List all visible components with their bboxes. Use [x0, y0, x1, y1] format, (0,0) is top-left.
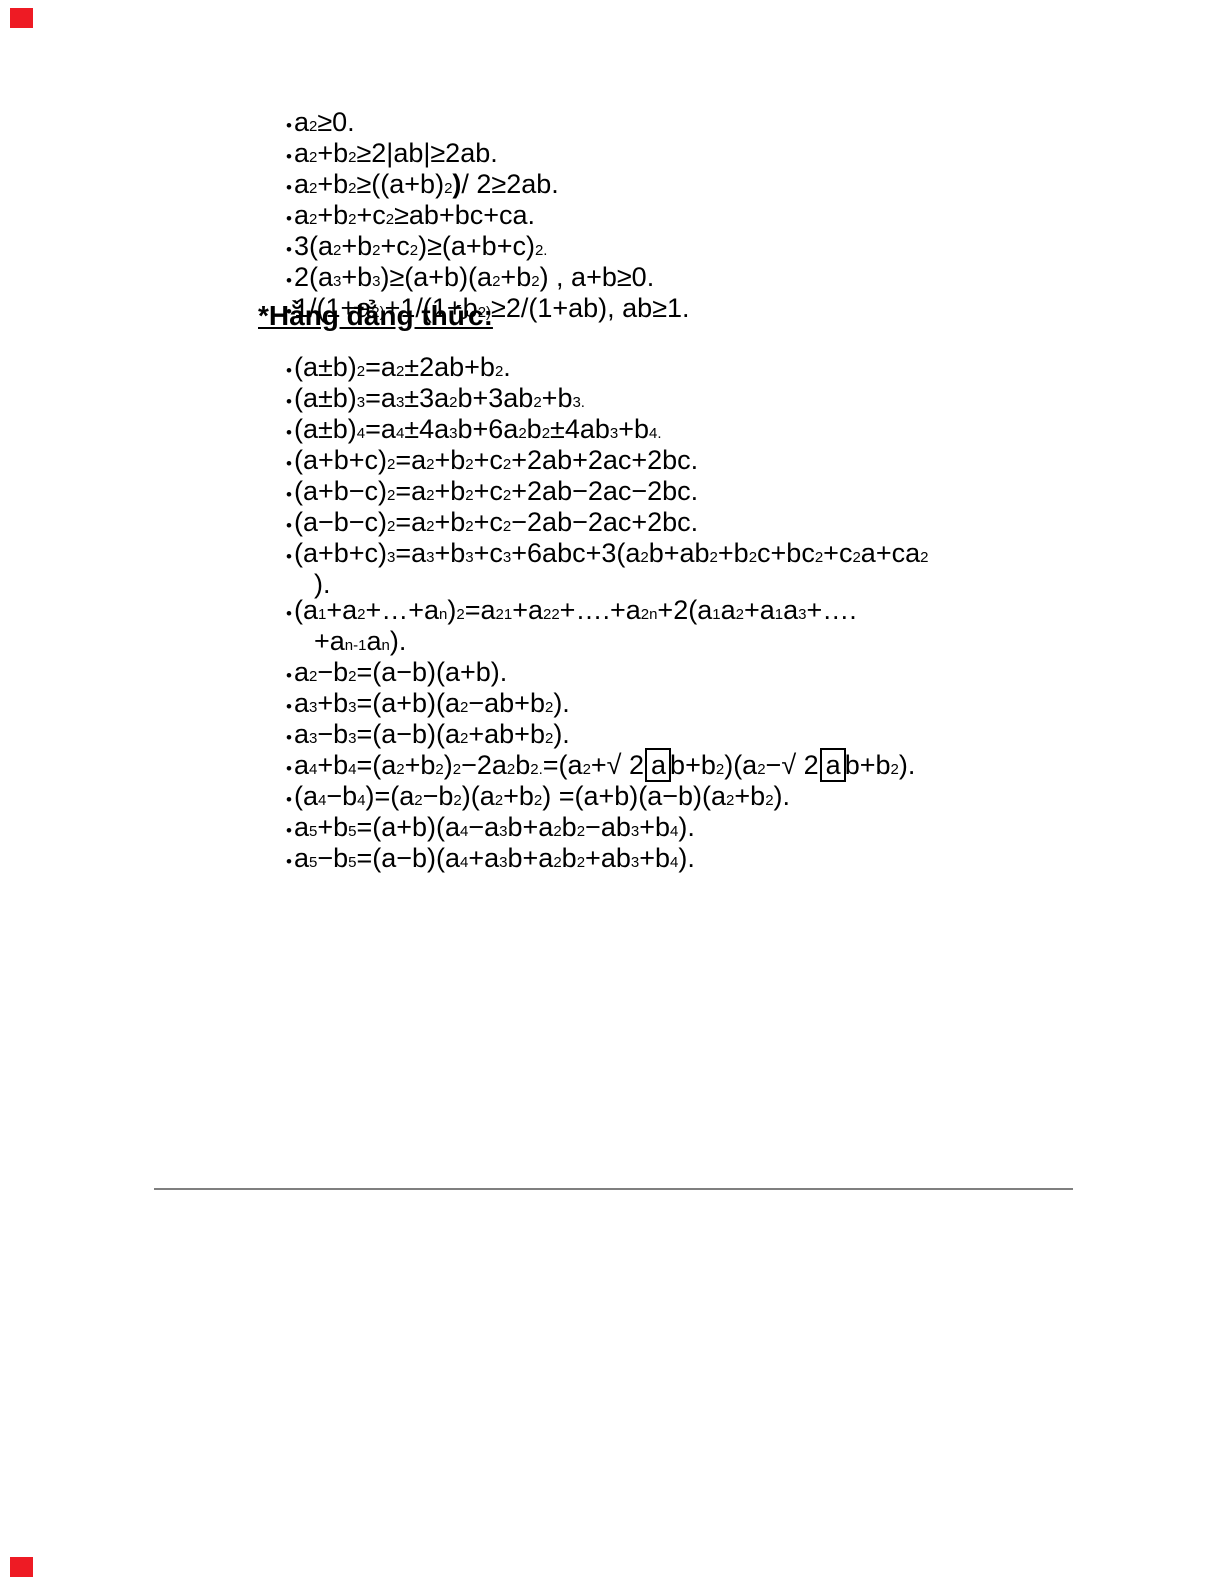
subscript-run: 2 — [426, 518, 434, 535]
formula-run: −b — [326, 781, 357, 811]
formula-run: +b — [405, 750, 436, 780]
subscript-run: 1 — [712, 606, 720, 623]
formula-run: +b — [639, 812, 670, 842]
formula-run: −2a — [461, 750, 507, 780]
subscript-run: 3 — [426, 549, 434, 566]
formula-run: )≥(a+b)(a — [380, 262, 492, 292]
bullet-icon: • — [286, 144, 292, 170]
formula-run: b — [527, 414, 542, 444]
formula-run: =a — [365, 352, 396, 382]
formula-run: −a — [468, 812, 499, 842]
formula-run: =a — [395, 445, 426, 475]
formula-line: •(a4−b4)=(a2−b2)(a2+b2) =(a+b)(a−b)(a2+b… — [286, 783, 928, 814]
formula-line: •a4+b4=(a2+b2)2−2a2b2.=(a2+√ 2ab+b2)(a2−… — [286, 752, 928, 783]
formula-run: =(a−b)(a+b). — [356, 657, 507, 687]
formula-run: )(a — [724, 750, 757, 780]
formula-run: +b — [435, 507, 466, 537]
identities-list: •(a±b)2=a2±2ab+b2.•(a±b)3=a3±3a2b+3ab2+b… — [286, 354, 928, 876]
subscript-run: 2 — [503, 456, 511, 473]
subscript-run: 2 — [410, 242, 418, 259]
formula-run: (a±b) — [294, 414, 357, 444]
formula-run: +a — [468, 843, 499, 873]
bullet-icon: • — [286, 113, 292, 139]
formula-run: b+ab — [649, 538, 710, 568]
formula-run: ±2ab+b — [404, 352, 495, 382]
formula-run: +c — [474, 538, 503, 568]
subscript-run: 2 — [542, 425, 550, 442]
formula-run: +b — [317, 688, 348, 718]
subscript-run: 2 — [531, 273, 539, 290]
subscript-run: 2 — [503, 518, 511, 535]
subscript-run: 2 — [357, 363, 365, 380]
section-heading: *Hằng đẳng thức: — [258, 299, 493, 333]
subscript-run: 2 — [465, 518, 473, 535]
subscript-run: 21 — [496, 606, 513, 623]
bullet-icon: • — [286, 389, 292, 415]
formula-line: •(a+b+c)3=a3+b3+c3+6abc+3(a2b+ab2+b2c+bc… — [286, 540, 928, 571]
formula-run: +b — [639, 843, 670, 873]
formula-run: (a+b+c) — [294, 445, 387, 475]
subscript-run: 2 — [503, 487, 511, 504]
subscript-run: 2 — [749, 549, 757, 566]
subscript-run: 2 — [765, 792, 773, 809]
formula-run: ±4ab — [550, 414, 610, 444]
subscript-run: 3 — [503, 549, 511, 566]
formula-run: +ab+b — [468, 719, 545, 749]
formula-line: •a2≥0. — [286, 109, 690, 140]
subscript-run: 2 — [716, 761, 724, 778]
subscript-run: 2 — [426, 456, 434, 473]
formula-run: b+6a — [457, 414, 518, 444]
subscript-run: 2 — [891, 761, 899, 778]
subscript-run: 2 — [534, 792, 542, 809]
subscript-run: 4. — [649, 425, 662, 442]
formula-run: +b — [317, 169, 348, 199]
formula-run: 2(a — [294, 262, 333, 292]
formula-line: •a2+b2≥((a+b)2)/ 2≥2ab. — [286, 171, 690, 202]
subscript-run: 3 — [631, 854, 639, 871]
formula-run: +ab — [585, 843, 631, 873]
formula-run: =(a+b)(a — [356, 812, 460, 842]
subscript-run: n — [382, 637, 390, 654]
formula-run: −√ 2 — [766, 750, 819, 780]
formula-run: a — [294, 750, 309, 780]
subscript-run: 2 — [465, 487, 473, 504]
formula-run: (a+b−c) — [294, 476, 387, 506]
formula-run: +…+a — [365, 595, 439, 625]
bullet-icon: • — [286, 175, 292, 201]
subscript-run: 2 — [518, 425, 526, 442]
subscript-run: 2 — [396, 761, 404, 778]
formula-line: •(a+b−c)2=a2+b2+c2+2ab−2ac−2bc. — [286, 478, 928, 509]
subscript-run: 2 — [435, 761, 443, 778]
formula-run: +a — [314, 626, 345, 656]
formula-run: / 2≥2ab. — [461, 169, 558, 199]
subscript-run: 3 — [631, 823, 639, 840]
formula-line: •a2−b2=(a−b)(a+b). — [286, 659, 928, 690]
formula-run: −b — [423, 781, 454, 811]
formula-run: ≥2|ab|≥2ab. — [356, 138, 497, 168]
formula-run: =(a — [356, 750, 396, 780]
formula-run: +c — [823, 538, 852, 568]
subscript-run: 2 — [583, 761, 591, 778]
formula-run: +c — [380, 231, 409, 261]
subscript-run: 2 — [920, 549, 928, 566]
formula-line: •3(a2+b2+c2)≥(a+b+c)2. — [286, 233, 690, 264]
formula-run: +a — [512, 595, 543, 625]
formula-run: a — [294, 688, 309, 718]
formula-run: )=(a — [365, 781, 414, 811]
formula-run: ) — [444, 750, 453, 780]
subscript-run: 2 — [852, 549, 860, 566]
formula-run: =a — [465, 595, 496, 625]
formula-run: −ab — [585, 812, 631, 842]
formula-run: +b — [317, 200, 348, 230]
subscript-run: 2n — [641, 606, 658, 623]
formula-run: =a — [395, 538, 426, 568]
bullet-icon: • — [286, 787, 292, 813]
formula-run: (a±b) — [294, 383, 357, 413]
bullet-icon: • — [286, 818, 292, 844]
formula-run: −b — [317, 719, 348, 749]
subscript-run: 2 — [533, 394, 541, 411]
formula-run: ) — [447, 595, 456, 625]
formula-line: •(a−b−c)2=a2+b2+c2−2ab−2ac+2bc. — [286, 509, 928, 540]
formula-run: ) =(a+b)(a−b)(a — [542, 781, 726, 811]
bullet-icon: • — [286, 237, 292, 263]
formula-run: b — [515, 750, 530, 780]
subscript-run: n-1 — [345, 637, 367, 654]
formula-line: ). — [286, 571, 928, 597]
formula-run: +…. — [806, 595, 856, 625]
formula-run: =a — [365, 383, 396, 413]
red-corner-mark-bottom — [10, 1557, 33, 1577]
formula-run: +b — [317, 138, 348, 168]
subscript-run: 3 — [357, 394, 365, 411]
subscript-run: 2 — [507, 761, 515, 778]
formula-run: +b — [503, 781, 534, 811]
formula-run: ). — [774, 781, 791, 811]
formula-run: ). — [678, 812, 695, 842]
subscript-run: 2 — [426, 487, 434, 504]
formula-run: a — [783, 595, 798, 625]
bullet-icon: • — [286, 725, 292, 751]
subscript-run: 1 — [775, 606, 783, 623]
bullet-icon: • — [286, 601, 292, 627]
formula-run: +b — [718, 538, 749, 568]
subscript-run: 22 — [543, 606, 560, 623]
formula-run: a — [294, 812, 309, 842]
subscript-run: 2 — [710, 549, 718, 566]
formula-run: +2ab−2ac−2bc. — [511, 476, 698, 506]
formula-run: b+b — [670, 750, 716, 780]
bullet-icon: • — [286, 756, 292, 782]
formula-line: •(a±b)4=a4±4a3b+6a2b2±4ab3+b4. — [286, 416, 928, 447]
formula-run: (a±b) — [294, 352, 357, 382]
formula-run: +a — [326, 595, 357, 625]
subscript-run: 2 — [757, 761, 765, 778]
formula-run: +b — [618, 414, 649, 444]
formula-run: +b — [341, 231, 372, 261]
subscript-run: 3 — [499, 854, 507, 871]
horizontal-divider — [154, 1188, 1073, 1190]
formula-line: •2(a3+b3)≥(a+b)(a2+b2) , a+b≥0. — [286, 264, 690, 295]
subscript-run: 2 — [640, 549, 648, 566]
formula-run: +2ab+2ac+2bc. — [511, 445, 698, 475]
formula-run: ±3a — [404, 383, 449, 413]
formula-run: =(a — [543, 750, 583, 780]
formula-run: ≥0. — [317, 107, 354, 137]
formula-run: (a — [294, 781, 318, 811]
formula-run: ). — [899, 750, 916, 780]
boxed-char: a — [820, 748, 846, 782]
formula-run: b+3ab — [457, 383, 533, 413]
subscript-run: 2 — [736, 606, 744, 623]
formula-line: •a2+b2+c2≥ab+bc+ca. — [286, 202, 690, 233]
formula-run: =(a+b)(a — [356, 688, 460, 718]
formula-run: =(a−b)(a — [356, 843, 460, 873]
formula-run: +b — [317, 750, 348, 780]
formula-run: b — [562, 843, 577, 873]
subscript-run: 3 — [499, 823, 507, 840]
formula-run: b — [562, 812, 577, 842]
formula-run: ) , a+b≥0. — [540, 262, 655, 292]
formula-line: •(a1+a2+…+an)2=a21+a22+….+a2n+2(a1a2+a1a… — [286, 597, 928, 628]
formula-run: =a — [395, 476, 426, 506]
formula-run: . — [503, 352, 511, 382]
formula-line: •(a±b)2=a2±2ab+b2. — [286, 354, 928, 385]
formula-run: −ab+b — [468, 688, 545, 718]
formula-line: •a5−b5=(a−b)(a4+a3b+a2b2+ab3+b4). — [286, 845, 928, 876]
formula-run: a — [294, 719, 309, 749]
bullet-icon: • — [286, 663, 292, 689]
formula-run: ). — [553, 688, 570, 718]
subscript-run: 3 — [465, 549, 473, 566]
formula-run: ≥2/(1+ab), ab≥1. — [491, 293, 690, 323]
subscript-run: 2. — [535, 242, 548, 259]
bullet-icon: • — [286, 451, 292, 477]
formula-run: ≥ab+bc+ca. — [394, 200, 535, 230]
formula-line: •a2+b2≥2|ab|≥2ab. — [286, 140, 690, 171]
bullet-icon: • — [286, 849, 292, 875]
formula-run: 3(a — [294, 231, 333, 261]
formula-run: +√ 2 — [591, 750, 644, 780]
formula-run: =a — [395, 507, 426, 537]
formula-run: ). — [390, 626, 407, 656]
subscript-run: 2 — [465, 456, 473, 473]
formula-run: +c — [474, 476, 503, 506]
formula-run: b+a — [508, 843, 554, 873]
bullet-icon: • — [286, 513, 292, 539]
subscript-run: 2 — [553, 823, 561, 840]
boxed-char: a — [645, 748, 671, 782]
subscript-run: 2 — [453, 761, 461, 778]
formula-run: a — [721, 595, 736, 625]
subscript-run: 3. — [572, 394, 585, 411]
subscript-run: 2 — [577, 854, 585, 871]
formula-run: +b — [435, 445, 466, 475]
formula-run: +c — [474, 445, 503, 475]
formula-run: +b — [542, 383, 573, 413]
bullet-icon: • — [286, 482, 292, 508]
formula-run: a+ca — [861, 538, 920, 568]
formula-run: −2ab−2ac+2bc. — [511, 507, 698, 537]
bullet-icon: • — [286, 358, 292, 384]
formula-line: •(a+b+c)2=a2+b2+c2+2ab+2ac+2bc. — [286, 447, 928, 478]
document-page: •a2≥0.•a2+b2≥2|ab|≥2ab.•a2+b2≥((a+b)2)/ … — [0, 0, 1225, 1585]
subscript-run: 2 — [577, 823, 585, 840]
subscript-run: 2 — [553, 854, 561, 871]
formula-run: (a−b−c) — [294, 507, 387, 537]
formula-run: a — [294, 107, 309, 137]
subscript-run: 2 — [453, 792, 461, 809]
formula-run: +c — [356, 200, 385, 230]
formula-run: ±4a — [404, 414, 449, 444]
formula-run: +b — [341, 262, 372, 292]
formula-run: +b — [435, 476, 466, 506]
formula-run: )≥(a+b+c) — [418, 231, 535, 261]
formula-run: +….+a — [560, 595, 641, 625]
subscript-run: 2 — [386, 211, 394, 228]
formula-run: (a+b+c) — [294, 538, 387, 568]
formula-line: •(a±b)3=a3±3a2b+3ab2+b3. — [286, 385, 928, 416]
formula-line: +an-1an). — [286, 628, 928, 659]
subscript-run: 2 — [456, 606, 464, 623]
formula-run: a — [294, 169, 309, 199]
subscript-run: 2. — [530, 761, 543, 778]
formula-run: ≥((a+b) — [356, 169, 444, 199]
formula-run: ). — [678, 843, 695, 873]
red-corner-mark-top — [10, 8, 33, 28]
bullet-icon: • — [286, 694, 292, 720]
subscript-run: 3 — [610, 425, 618, 442]
subscript-run: 2 — [815, 549, 823, 566]
formula-run: a — [366, 626, 381, 656]
bullet-icon: • — [286, 544, 292, 570]
bullet-icon: • — [286, 268, 292, 294]
formula-run: +6abc+3(a — [511, 538, 640, 568]
formula-run: +b — [317, 812, 348, 842]
formula-run: =(a−b)(a — [356, 719, 460, 749]
formula-run: +c — [474, 507, 503, 537]
formula-run: =a — [365, 414, 396, 444]
formula-run: a — [294, 138, 309, 168]
formula-run: (a — [294, 595, 318, 625]
subscript-run: 2 — [414, 792, 422, 809]
formula-run: −b — [317, 657, 348, 687]
formula-run: c+bc — [757, 538, 815, 568]
subscript-run: 4 — [357, 425, 365, 442]
formula-run: a — [294, 200, 309, 230]
bullet-icon: • — [286, 206, 292, 232]
formula-run: a — [294, 843, 309, 873]
formula-run: a — [294, 657, 309, 687]
formula-run: b+a — [508, 812, 554, 842]
formula-line: •a3+b3=(a+b)(a2−ab+b2). — [286, 690, 928, 721]
formula-run: +b — [500, 262, 531, 292]
formula-run: ). — [553, 719, 570, 749]
formula-run: −b — [317, 843, 348, 873]
formula-run: b+b — [845, 750, 891, 780]
bullet-icon: • — [286, 420, 292, 446]
formula-run: +b — [435, 538, 466, 568]
formula-run: +a — [744, 595, 775, 625]
formula-line: •a5+b5=(a+b)(a4−a3b+a2b2−ab3+b4). — [286, 814, 928, 845]
formula-run: )(a — [462, 781, 495, 811]
formula-run: +2(a — [657, 595, 712, 625]
formula-run: +b — [734, 781, 765, 811]
subscript-run: 2 — [495, 792, 503, 809]
inequalities-list: •a2≥0.•a2+b2≥2|ab|≥2ab.•a2+b2≥((a+b)2)/ … — [286, 109, 690, 326]
